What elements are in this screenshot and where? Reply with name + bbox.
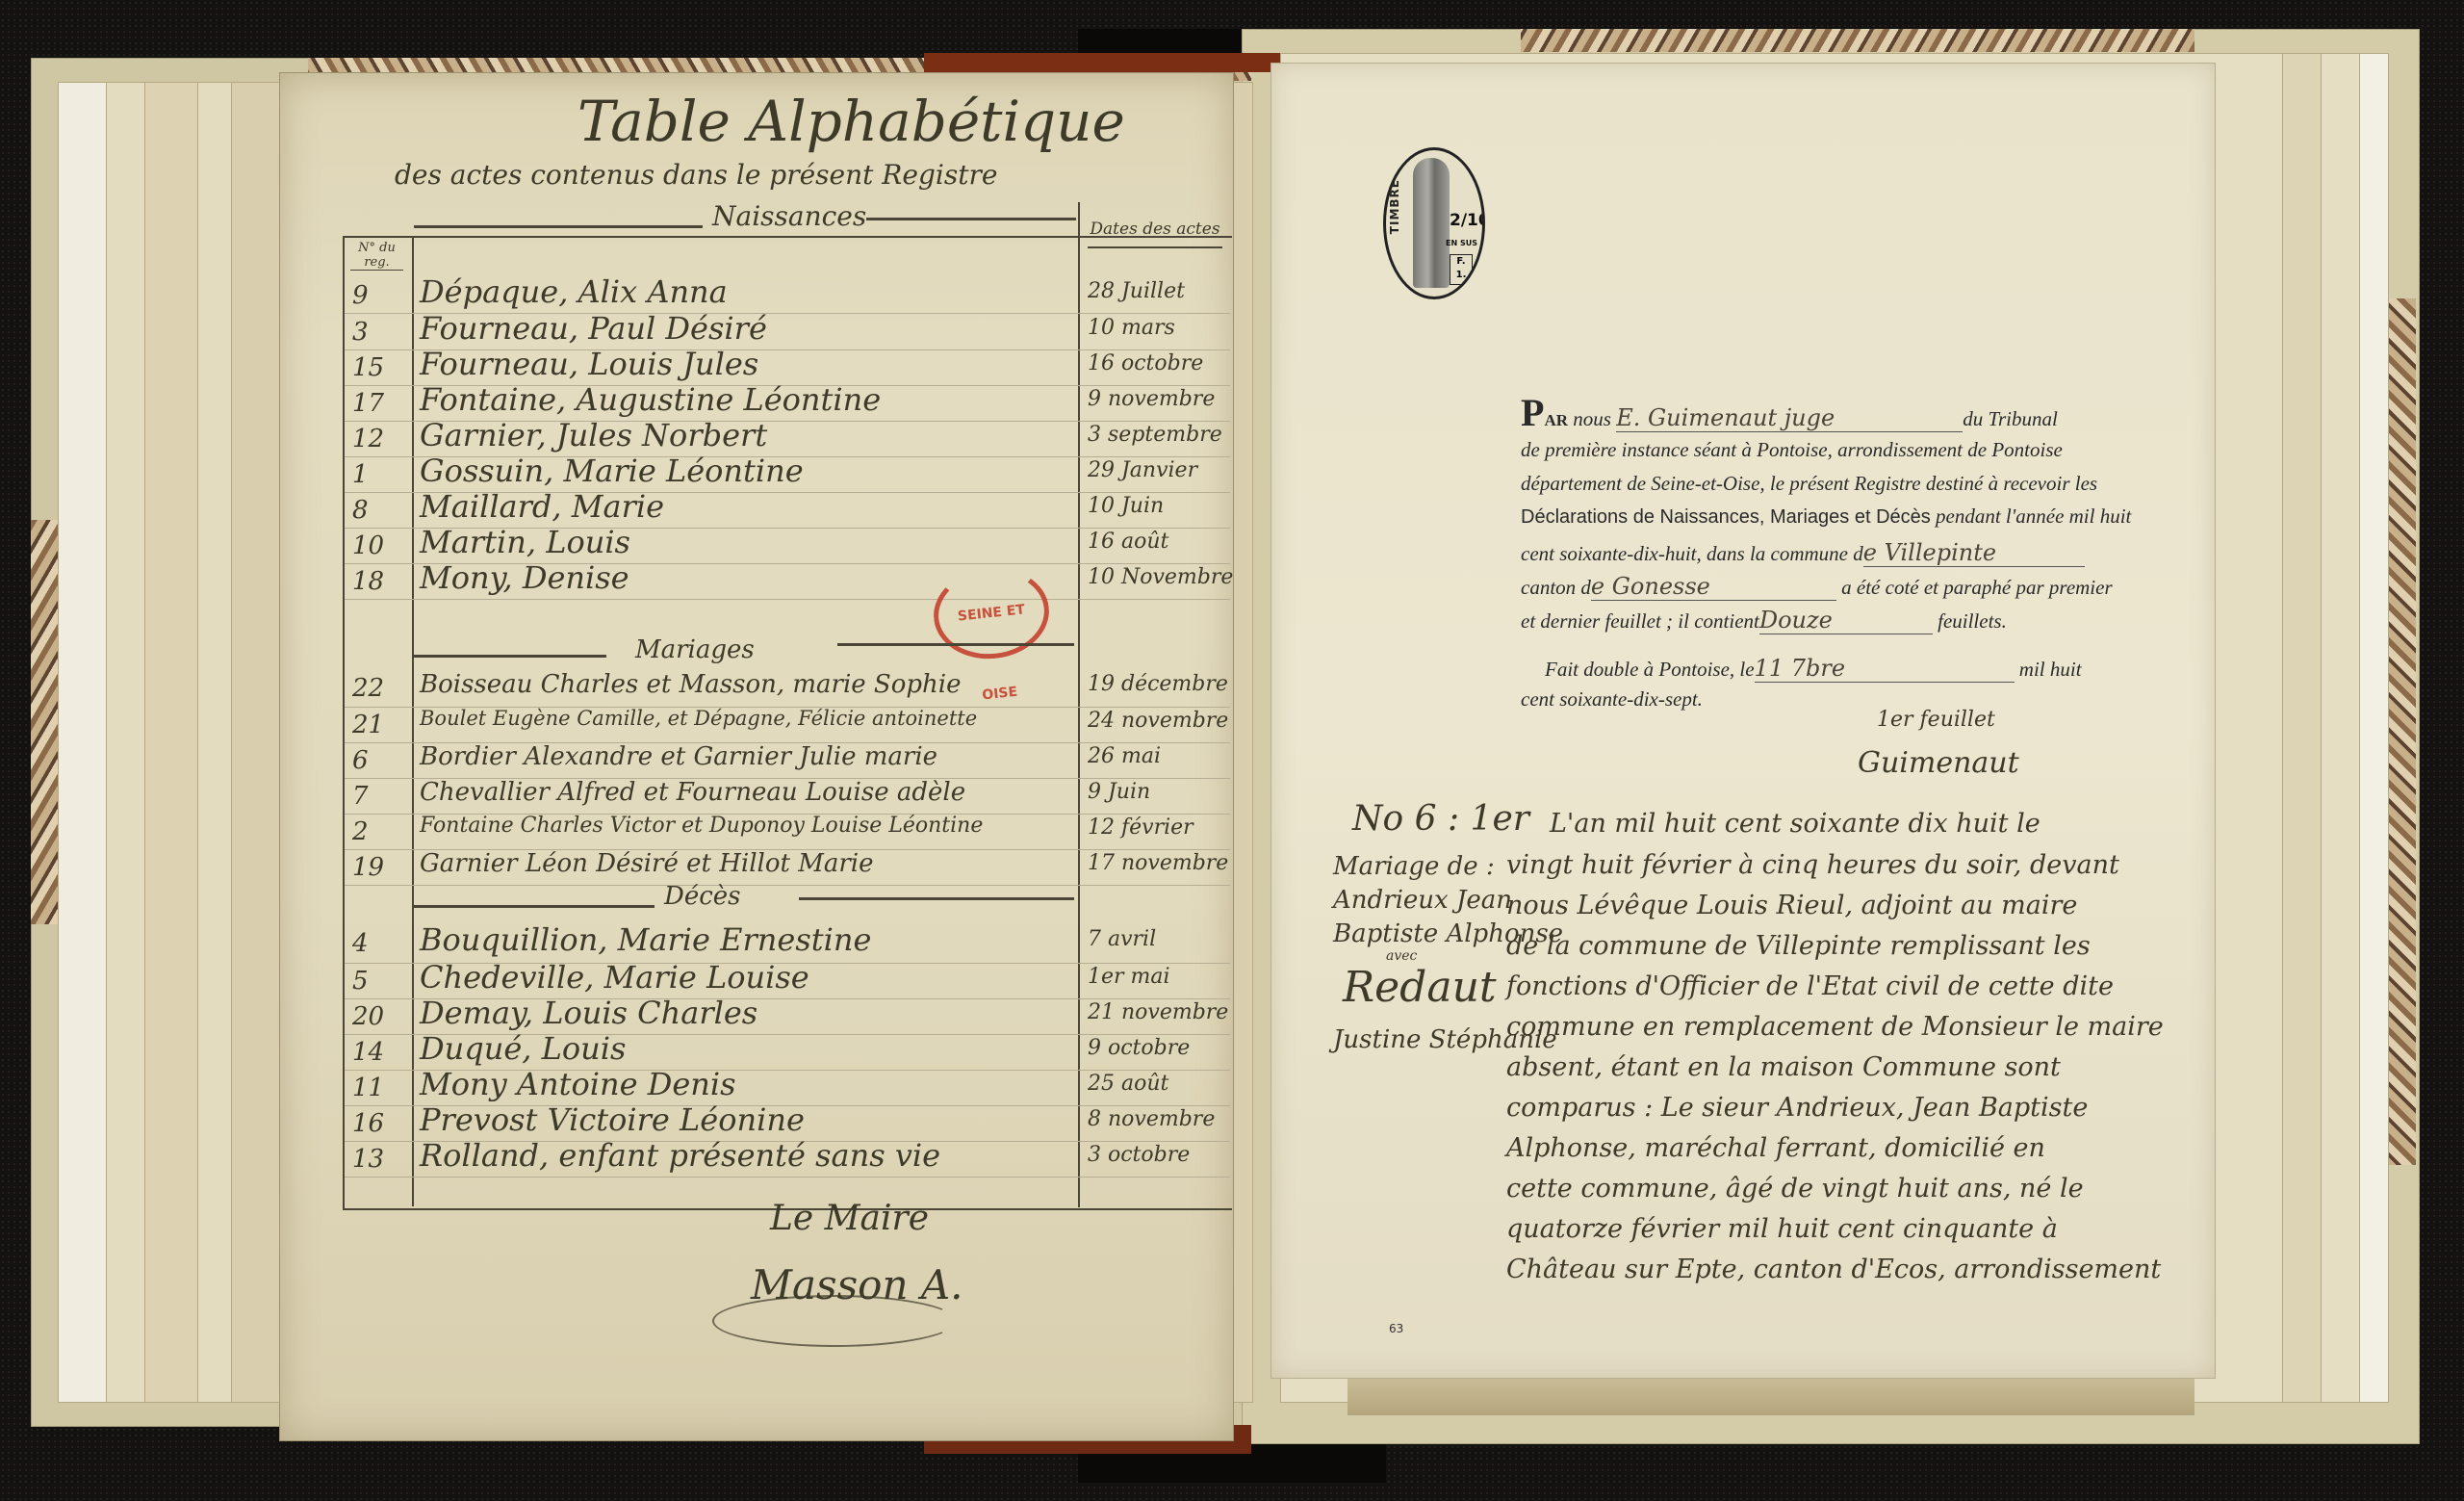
- table-row: 2 Fontaine Charles Victor et Duponoy Lou…: [345, 815, 1230, 850]
- table-row: 9 Dépaque, Alix Anna 28 Juillet: [345, 279, 1230, 314]
- signature-label: Le Maire: [770, 1199, 929, 1238]
- act-number: 13: [352, 1145, 410, 1174]
- act-date: 10 Novembre: [1088, 565, 1233, 589]
- act-number: 3: [352, 318, 410, 347]
- header-line-1: PAR nous E. Guimenaut jugedu Tribunal: [1521, 390, 2058, 435]
- act-date: 28 Juillet: [1088, 279, 1185, 303]
- section-rule: [837, 643, 1074, 646]
- section-rule: [799, 897, 1074, 900]
- tax-stamp-timbre: TIMBRE 2/10 EN SUS F. 1.: [1383, 147, 1485, 299]
- signature-flourish: [712, 1295, 957, 1347]
- person-name: Mony Antoine Denis: [420, 1066, 736, 1102]
- act-date: 25 août: [1088, 1072, 1168, 1096]
- margin-note: Mariage de :: [1333, 852, 1495, 881]
- act-number: 8: [352, 496, 410, 525]
- person-name: Dépaque, Alix Anna: [420, 273, 728, 310]
- section-rule: [414, 655, 606, 658]
- act-text-line: comparus : Le sieur Andrieux, Jean Bapti…: [1506, 1093, 2088, 1123]
- person-name: Prevost Victoire Léonine: [420, 1101, 805, 1138]
- person-name: Maillard, Marie: [420, 488, 664, 525]
- printed-text: nous: [1573, 407, 1611, 430]
- printed-text: a été coté et paraphé par premier: [1841, 576, 2112, 599]
- person-name: Gossuin, Marie Léontine: [420, 453, 804, 489]
- person-name: Fontaine, Augustine Léontine: [420, 381, 881, 418]
- act-date: 29 Janvier: [1088, 458, 1197, 482]
- judge-name-field: E. Guimenaut juge: [1616, 404, 1963, 432]
- person-name: Demay, Louis Charles: [420, 995, 757, 1031]
- act-date: 8 novembre: [1088, 1107, 1215, 1131]
- act-number: 10: [352, 531, 410, 560]
- header-line-9: cent soixante-dix-sept.: [1521, 687, 1703, 712]
- act-date: 21 novembre: [1088, 1000, 1228, 1024]
- act-text-line: absent, étant en la maison Commune sont: [1506, 1052, 2061, 1082]
- feuillet-note: 1er feuillet: [1877, 708, 1995, 732]
- person-name: Chedeville, Marie Louise: [420, 959, 809, 996]
- act-date: 26 mai: [1088, 744, 1161, 768]
- act-text-line: nous Lévêque Louis Rieul, adjoint au mai…: [1506, 891, 2077, 920]
- act-number: 5: [352, 967, 410, 996]
- date-field: 11 7bre: [1755, 655, 2015, 683]
- act-number: 4: [352, 929, 410, 958]
- person-name: Martin, Louis: [420, 524, 630, 560]
- act-number-label: No 6 : 1er: [1352, 799, 1529, 839]
- table-row: 19 Garnier Léon Désiré et Hillot Marie 1…: [345, 851, 1230, 886]
- table-row: 22 Boisseau Charles et Masson, marie Sop…: [345, 672, 1230, 707]
- act-text-line: Château sur Epte, canton d'Ecos, arrondi…: [1506, 1255, 2161, 1284]
- act-number: 19: [352, 853, 410, 882]
- header-line-3: département de Seine-et-Oise, le présent…: [1521, 472, 2097, 496]
- table-row: 4 Bouquillion, Marie Ernestine 7 avril: [345, 927, 1230, 962]
- act-date: 16 août: [1088, 530, 1168, 554]
- act-date: 19 décembre: [1088, 672, 1228, 696]
- section-rule: [414, 225, 703, 228]
- act-number: 12: [352, 425, 410, 453]
- act-number: 7: [352, 782, 410, 811]
- feuillets-count-field: Douze: [1759, 607, 1933, 634]
- act-date: 10 mars: [1088, 316, 1175, 340]
- act-number: 22: [352, 674, 410, 703]
- act-text-line: cette commune, âgé de vingt huit ans, né…: [1506, 1174, 2084, 1203]
- act-number: 20: [352, 1002, 410, 1031]
- act-date: 24 novembre: [1088, 709, 1228, 733]
- couple-names: Chevallier Alfred et Fourneau Louise adè…: [420, 778, 965, 807]
- page-number: 63: [1389, 1322, 1403, 1335]
- act-date: 1er mai: [1088, 965, 1170, 989]
- act-date: 9 octobre: [1088, 1036, 1190, 1060]
- act-text-line: fonctions d'Officier de l'Etat civil de …: [1506, 971, 2114, 1001]
- header-line-8: Fait double à Pontoise, le11 7bre mil hu…: [1545, 655, 2082, 683]
- printed-text: feuillets.: [1938, 609, 2007, 633]
- right-page-bottom-edge: [1347, 1377, 2194, 1415]
- page-subtitle: des actes contenus dans le présent Regis…: [395, 159, 997, 191]
- commune-field: e Villepinte: [1863, 539, 2085, 567]
- header-line-5: cent soixante-dix-huit, dans la commune …: [1521, 539, 2085, 567]
- table-row: 6 Bordier Alexandre et Garnier Julie mar…: [345, 744, 1230, 779]
- table-row: 21 Boulet Eugène Camille, et Dépagne, Fé…: [345, 709, 1230, 743]
- act-date: 16 octobre: [1088, 351, 1203, 375]
- act-text-line: Alphonse, maréchal ferrant, domicilié en: [1506, 1133, 2045, 1163]
- printed-text: du Tribunal: [1963, 407, 2058, 430]
- person-name: Garnier, Jules Norbert: [420, 417, 767, 453]
- section-heading-mariages: Mariages: [635, 635, 755, 664]
- act-text-line: de la commune de Villepinte remplissant …: [1506, 931, 2091, 961]
- margin-note: Andrieux Jean: [1333, 886, 1512, 915]
- act-number: 11: [352, 1074, 410, 1102]
- act-number: 16: [352, 1109, 410, 1138]
- number-column-header: N° du reg.: [350, 241, 403, 271]
- marbled-edge-left: [31, 520, 60, 924]
- printed-text: pendant l'année mil huit: [1936, 505, 2131, 528]
- section-rule: [414, 905, 654, 908]
- printed-text: et dernier feuillet ; il contient: [1521, 609, 1759, 633]
- section-rule: [866, 218, 1076, 220]
- person-name: Rolland, enfant présenté sans vie: [420, 1137, 940, 1174]
- couple-names: Boulet Eugène Camille, et Dépagne, Félic…: [420, 707, 977, 730]
- table-row: 13 Rolland, enfant présenté sans vie 3 o…: [345, 1143, 1230, 1178]
- drop-cap: P: [1521, 391, 1544, 434]
- act-number: 2: [352, 817, 410, 846]
- act-number: 21: [352, 711, 410, 739]
- act-number: 9: [352, 281, 410, 310]
- printed-text: canton d: [1521, 576, 1591, 599]
- printed-text: mil huit: [2019, 658, 2082, 681]
- act-text-line: commune en remplacement de Monsieur le m…: [1506, 1012, 2164, 1042]
- timbre-label: TIMBRE: [1388, 179, 1401, 234]
- marbled-edge-top-right: [1521, 29, 2194, 52]
- act-date: 9 Juin: [1088, 780, 1150, 804]
- act-number: 17: [352, 389, 410, 418]
- act-number: 1: [352, 460, 410, 489]
- timbre-franc: F. 1.: [1450, 254, 1473, 285]
- header-line-4: Déclarations de Naissances, Mariages et …: [1521, 505, 2131, 529]
- act-date: 17 novembre: [1088, 851, 1228, 875]
- header-line-2: de première instance séant à Pontoise, a…: [1521, 438, 2063, 462]
- person-name: Mony, Denise: [420, 559, 629, 596]
- margin-surname: Redaut: [1343, 963, 1497, 1012]
- act-text-line: L'an mil huit cent soixante dix huit le: [1550, 809, 2040, 839]
- couple-names: Bordier Alexandre et Garnier Julie marie: [420, 742, 937, 771]
- table-row: 7 Chevallier Alfred et Fourneau Louise a…: [345, 780, 1230, 815]
- margin-note: avec: [1386, 948, 1417, 964]
- printed-text: Déclarations de Naissances, Mariages et …: [1521, 506, 1931, 528]
- person-name: Fourneau, Louis Jules: [420, 346, 758, 382]
- person-name: Duqué, Louis: [420, 1030, 626, 1067]
- page-title: Table Alphabétique: [577, 89, 1125, 154]
- act-date: 9 novembre: [1088, 387, 1215, 411]
- person-name: Fourneau, Paul Désiré: [420, 310, 767, 347]
- act-date: 3 septembre: [1088, 423, 1222, 447]
- act-text-line: vingt huit février à cinq heures du soir…: [1506, 850, 2119, 880]
- canton-field: e Gonesse: [1591, 573, 1836, 601]
- act-number: 14: [352, 1038, 410, 1067]
- couple-names: Boisseau Charles et Masson, marie Sophie: [420, 670, 961, 699]
- printed-text: cent soixante-dix-huit, dans la commune …: [1521, 542, 1863, 565]
- act-text-line: quatorze février mil huit cent cinquante…: [1506, 1214, 2058, 1244]
- act-number: 6: [352, 746, 410, 775]
- act-date: 10 Juin: [1088, 494, 1164, 518]
- justice-figure-icon: [1413, 158, 1450, 288]
- timbre-value: 2/10: [1450, 214, 1485, 227]
- person-name: Bouquillion, Marie Ernestine: [420, 921, 871, 958]
- section-heading-naissances: Naissances: [712, 200, 866, 232]
- act-date: 12 février: [1088, 815, 1193, 840]
- couple-names: Garnier Léon Désiré et Hillot Marie: [420, 849, 873, 878]
- section-heading-deces: Décès: [664, 882, 741, 911]
- timbre-en-sus: EN SUS: [1446, 239, 1477, 247]
- judge-paraph: Guimenaut: [1858, 746, 2019, 780]
- act-date: 7 avril: [1088, 927, 1156, 951]
- couple-names: Fontaine Charles Victor et Duponoy Louis…: [420, 814, 983, 838]
- act-number: 18: [352, 567, 410, 596]
- act-number: 15: [352, 353, 410, 382]
- header-line-7: et dernier feuillet ; il contientDouze f…: [1521, 607, 2007, 634]
- act-date: 3 octobre: [1088, 1143, 1190, 1167]
- table-row: 18 Mony, Denise 10 Novembre: [345, 565, 1230, 600]
- drop-cap-rest: AR: [1544, 411, 1568, 429]
- header-line-6: canton de Gonesse a été coté et paraphé …: [1521, 573, 2113, 601]
- printed-text: Fait double à Pontoise, le: [1545, 658, 1755, 681]
- date-column-header: Dates des actes: [1088, 220, 1222, 248]
